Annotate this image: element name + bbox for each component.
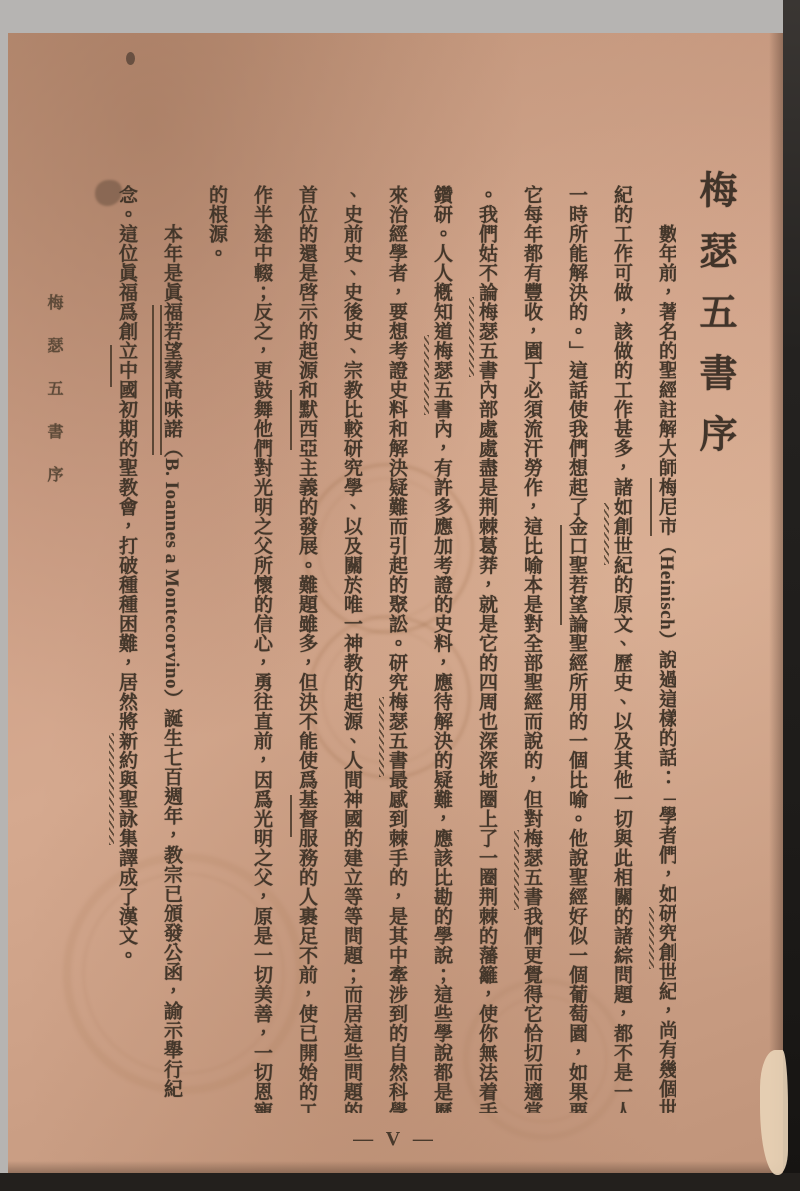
column-text: 一時所能解決的。」這話使我們想起了金口聖若望論聖經所用的一個比喻。他說聖經好似一… xyxy=(566,185,587,1113)
scan-edge-bottom xyxy=(0,1173,800,1191)
emphasis-mark-straight xyxy=(650,478,652,536)
column-text: 鑽研。人人槪知道梅瑟五書內，有許多應加考證的史料，應待解決的疑難，應該比勘的學說… xyxy=(431,185,452,1113)
scanned-page: 梅瑟五書序 梅瑟五書序 數年前，著名的聖經註解大師梅尼市（Heinisch）說過… xyxy=(0,0,800,1191)
text-column: 念。這位眞福爲創立中國初期的聖教會，打破種種困難，居然將新約與聖詠集譯成了漢文。 xyxy=(117,185,136,1113)
text-column: 來治經學者，要想考證史料和解決疑難而引起的聚訟。研究梅瑟五書最感到棘手的，是其中… xyxy=(387,185,406,1113)
column-text: 數年前，著名的聖經註解大師梅尼市（Heinisch）說過這樣的話：「學者們，如研… xyxy=(656,224,676,1113)
side-label: 梅瑟五書序 xyxy=(42,294,65,509)
column-text: 來治經學者，要想考證史料和解決疑難而引起的聚訟。研究梅瑟五書最感到棘手的，是其中… xyxy=(386,185,407,1113)
page-edge-shadow xyxy=(769,33,783,1173)
text-column: 。我們姑不論梅瑟五書內部處處盡是荆棘葛莽，就是它的四周也深深地圈上了一圈荆棘的藩… xyxy=(477,185,496,1113)
scan-edge-right xyxy=(783,0,800,1191)
column-text: 。我們姑不論梅瑟五書內部處處盡是荆棘葛莽，就是它的四周也深深地圈上了一圈荆棘的藩… xyxy=(476,185,497,1113)
text-column: 本年是眞福若望蒙高味諾（B. Ioannes a Montecorvino）誕生… xyxy=(162,185,181,1113)
emphasis-mark-straight xyxy=(290,795,292,837)
emphasis-mark-wavy xyxy=(109,733,114,845)
column-text: 本年是眞福若望蒙高味諾（B. Ioannes a Montecorvino）誕生… xyxy=(161,224,182,1099)
text-column: 的根源。 xyxy=(207,185,226,1113)
text-column: 紀的工作可做，該做的工作甚多，諸如創世紀的原文、歷史、以及其他一切與此相關的諸綜… xyxy=(612,185,631,1113)
column-text: 作半途中輟；反之，更鼓舞他們對光明之父所懷的信心，勇往直前，因爲光明之父，原是一… xyxy=(251,185,272,1113)
text-column: 、史前史、史後史、宗教比較研究學、以及關於唯一神教的起源、人間神國的建立等等問題… xyxy=(342,185,361,1113)
text-column: 它每年都有豐收，園丁必須流汗勞作，這比喻本是對全部聖經而說的，但對梅瑟五書我們更… xyxy=(522,185,541,1113)
column-text: 、史前史、史後史、宗教比較研究學、以及關於唯一神教的起源、人間神國的建立等等問題… xyxy=(341,185,362,1113)
page-number: — V — xyxy=(320,1128,470,1151)
emphasis-mark-wavy xyxy=(469,297,474,377)
emphasis-mark-wavy xyxy=(514,830,519,910)
emphasis-mark-wavy xyxy=(649,907,654,969)
emphasis-mark-wavy xyxy=(424,335,429,415)
text-column: 鑽研。人人槪知道梅瑟五書內，有許多應加考證的史料，應待解決的疑難，應該比勘的學說… xyxy=(432,185,451,1113)
text-column: 作半途中輟；反之，更鼓舞他們對光明之父所懷的信心，勇往直前，因爲光明之父，原是一… xyxy=(252,185,271,1113)
scan-margin-left xyxy=(0,0,8,640)
page-edge-shadow xyxy=(8,1161,783,1173)
ink-smudge xyxy=(126,52,135,65)
emphasis-mark-straight xyxy=(110,345,112,387)
column-text: 的根源。 xyxy=(206,185,227,263)
column-text: 紀的工作可做，該做的工作甚多，諸如創世紀的原文、歷史、以及其他一切與此相關的諸綜… xyxy=(611,185,632,1113)
emphasis-mark-wavy xyxy=(604,503,609,565)
column-text: 首位的還是啓示的起源和默西亞主義的發展。難題雖多，但決不能使爲基督服務的人裹足不… xyxy=(296,185,317,1113)
emphasis-mark-wavy xyxy=(379,697,384,777)
scan-margin-top xyxy=(0,0,800,33)
emphasis-mark-straight xyxy=(290,390,292,450)
body-text: 數年前，著名的聖經註解大師梅尼市（Heinisch）說過這樣的話：「學者們，如研… xyxy=(88,185,676,1113)
page-title: 梅瑟五書序 xyxy=(687,170,742,475)
text-column: 首位的還是啓示的起源和默西亞主義的發展。難題雖多，但決不能使爲基督服務的人裹足不… xyxy=(297,185,316,1113)
emphasis-mark-straight xyxy=(560,525,562,625)
emphasis-mark-double xyxy=(152,305,162,455)
text-column: 一時所能解決的。」這話使我們想起了金口聖若望論聖經所用的一個比喻。他說聖經好似一… xyxy=(567,185,586,1113)
column-text: 它每年都有豐收，園丁必須流汗勞作，這比喻本是對全部聖經而說的，但對梅瑟五書我們更… xyxy=(521,185,542,1113)
text-column: 數年前，著名的聖經註解大師梅尼市（Heinisch）說過這樣的話：「學者們，如研… xyxy=(657,185,676,1113)
column-text: 念。這位眞福爲創立中國初期的聖教會，打破種種困難，居然將新約與聖詠集譯成了漢文。 xyxy=(116,185,137,965)
